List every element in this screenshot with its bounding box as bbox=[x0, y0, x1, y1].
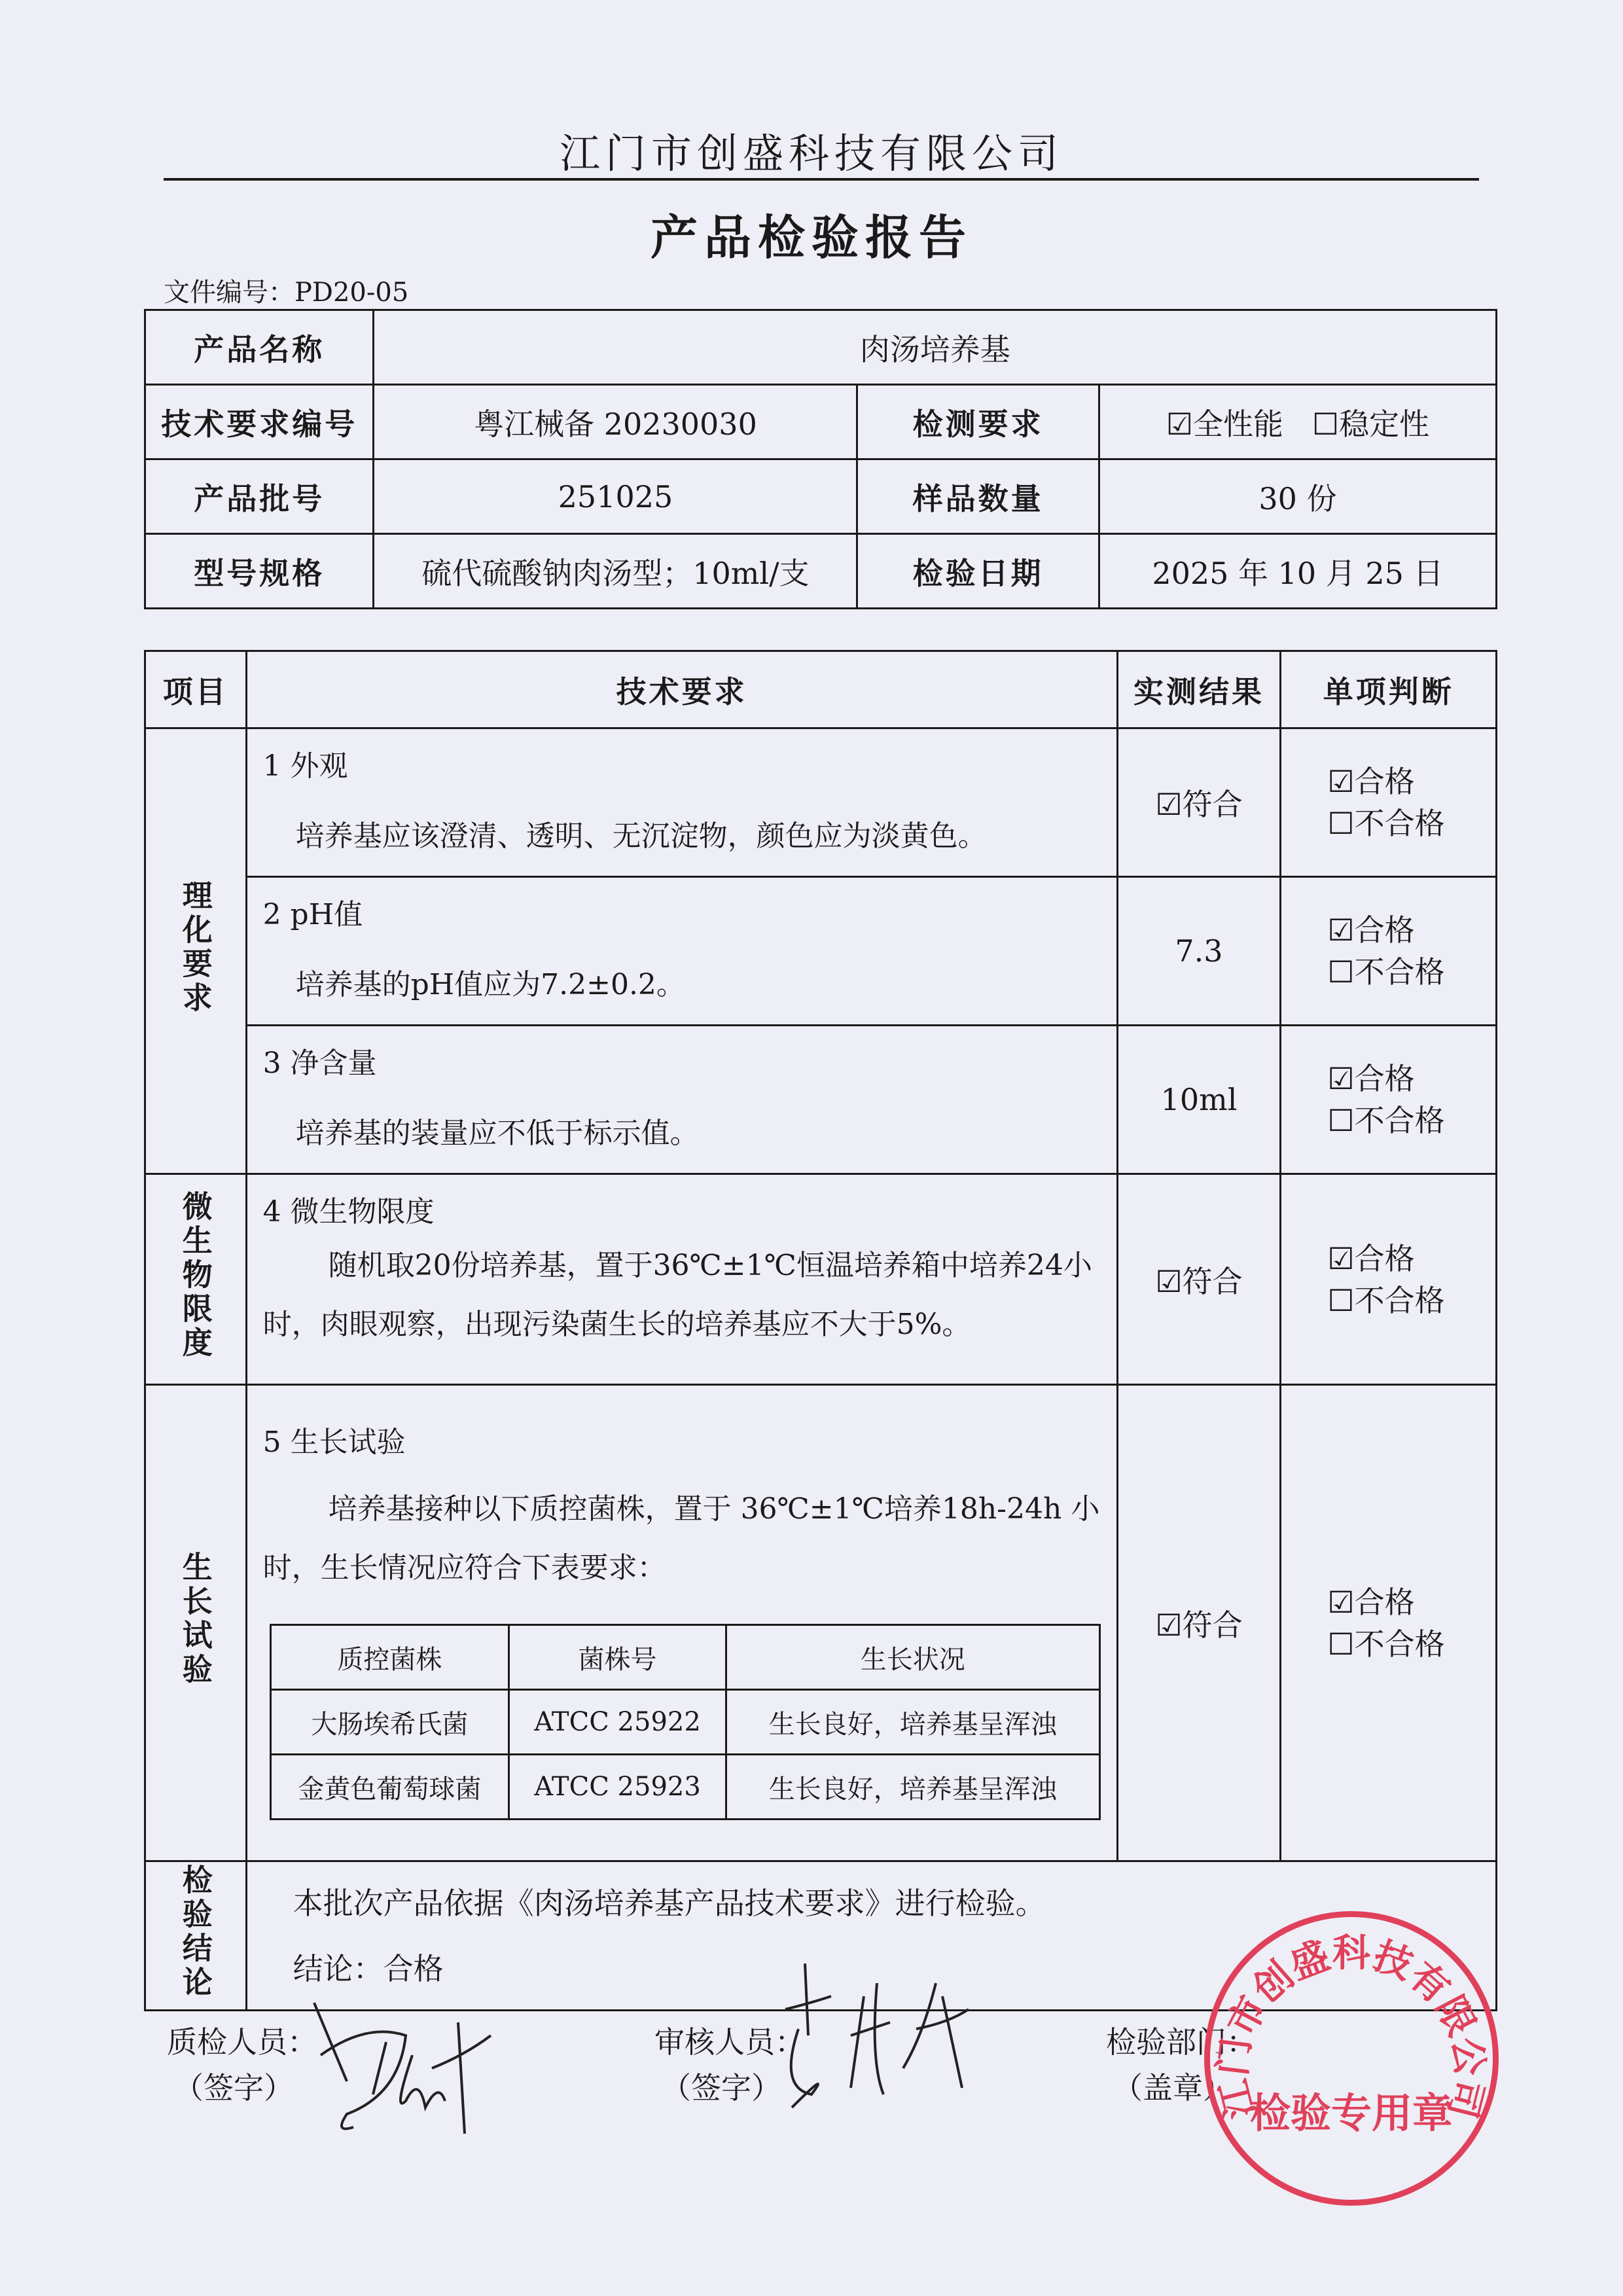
req-appearance: 1 外观培养基应该澄清、透明、无沉淀物，颜色应为淡黄色。 bbox=[246, 728, 1117, 877]
fail-checkbox[interactable]: ☐不合格 bbox=[1327, 1280, 1495, 1321]
model-label: 型号规格 bbox=[145, 534, 374, 609]
batch-value: 251025 bbox=[374, 459, 857, 534]
report-title: 产品检验报告 bbox=[0, 200, 1623, 268]
product-name-label: 产品名称 bbox=[145, 310, 374, 385]
product-info-table: 产品名称 肉汤培养基 技术要求编号 粤江械备 20230030 检测要求 ☑全性… bbox=[144, 309, 1497, 609]
stamp-ring-text: 江门市创盛科技有限公司 bbox=[1210, 1917, 1493, 2200]
sample-qty-label: 样品数量 bbox=[857, 459, 1099, 534]
judge-growth: ☑合格☐不合格 bbox=[1281, 1385, 1497, 1861]
group-physchem: 理化要求 bbox=[174, 880, 217, 1016]
inspection-stamp: 江门市创盛科技有限公司 检验专用章 bbox=[1204, 1911, 1499, 2206]
test-req-label: 检测要求 bbox=[857, 385, 1099, 459]
result-net-content: 10ml bbox=[1117, 1026, 1281, 1174]
results-table: 项目 技术要求 实测结果 单项判断 理化要求 1 外观培养基应该澄清、透明、无沉… bbox=[144, 650, 1497, 2011]
stability-checkbox[interactable]: ☐稳定性 bbox=[1312, 406, 1429, 442]
fail-checkbox[interactable]: ☐不合格 bbox=[1327, 1623, 1495, 1665]
group-conclusion: 检验结论 bbox=[174, 1864, 217, 2000]
inspector-signature-field: 质检人员：（签字） bbox=[167, 2019, 317, 2111]
fail-checkbox[interactable]: ☐不合格 bbox=[1327, 802, 1495, 844]
pass-checkbox[interactable]: ☑合格 bbox=[1327, 761, 1495, 802]
pass-checkbox[interactable]: ☑合格 bbox=[1327, 1238, 1495, 1280]
header-requirement: 技术要求 bbox=[246, 651, 1117, 728]
pass-checkbox[interactable]: ☑合格 bbox=[1327, 1058, 1495, 1100]
result-microbial: ☑符合 bbox=[1117, 1174, 1281, 1385]
header-judgement: 单项判断 bbox=[1281, 651, 1497, 728]
judge-net-content: ☑合格☐不合格 bbox=[1281, 1026, 1497, 1174]
fail-checkbox[interactable]: ☐不合格 bbox=[1327, 951, 1495, 993]
req-net-content: 3 净含量培养基的装量应不低于标示值。 bbox=[246, 1026, 1117, 1174]
judge-appearance: ☑合格☐不合格 bbox=[1281, 728, 1497, 877]
inspector-signature bbox=[308, 1983, 543, 2147]
company-name: 江门市创盛科技有限公司 bbox=[0, 121, 1623, 179]
result-ph: 7.3 bbox=[1117, 877, 1281, 1026]
full-performance-checkbox[interactable]: ☑全性能 bbox=[1166, 406, 1283, 442]
group-growth: 生长试验 bbox=[174, 1551, 217, 1687]
test-req-value: ☑全性能 ☐稳定性 bbox=[1099, 385, 1496, 459]
doc-no-label: 文件编号： bbox=[164, 278, 294, 308]
strain-no-header: 菌株号 bbox=[509, 1625, 726, 1690]
table-row: 大肠埃希氏菌 ATCC 25922 生长良好，培养基呈浑浊 bbox=[270, 1690, 1099, 1755]
strain-table: 质控菌株 菌株号 生长状况 大肠埃希氏菌 ATCC 25922 生长良好，培养基… bbox=[270, 1624, 1101, 1820]
req-ph: 2 pH值培养基的pH值应为7.2±0.2。 bbox=[246, 877, 1117, 1026]
document-number: 文件编号：PD20-05 bbox=[164, 272, 408, 309]
table-row: 金黄色葡萄球菌 ATCC 25923 生长良好，培养基呈浑浊 bbox=[270, 1755, 1099, 1820]
tech-req-no-label: 技术要求编号 bbox=[145, 385, 374, 459]
model-value: 硫代硫酸钠肉汤型；10ml/支 bbox=[374, 534, 857, 609]
test-date-value: 2025 年 10 月 25 日 bbox=[1099, 534, 1496, 609]
growth-header: 生长状况 bbox=[726, 1625, 1099, 1690]
test-date-label: 检验日期 bbox=[857, 534, 1099, 609]
req-growth: 5 生长试验 培养基接种以下质控菌株，置于 36℃±1℃培养18h-24h 小时… bbox=[246, 1385, 1117, 1861]
stamp-center-text: 检验专用章 bbox=[1210, 2081, 1493, 2139]
sample-qty-value: 30 份 bbox=[1099, 459, 1496, 534]
header-divider bbox=[164, 178, 1479, 181]
req-microbial: 4 微生物限度随机取20份培养基，置于36℃±1℃恒温培养箱中培养24小时，肉眼… bbox=[246, 1174, 1117, 1385]
result-growth: ☑符合 bbox=[1117, 1385, 1281, 1861]
result-appearance: ☑符合 bbox=[1117, 728, 1281, 877]
header-item: 项目 bbox=[145, 651, 247, 728]
pass-checkbox[interactable]: ☑合格 bbox=[1327, 1581, 1495, 1623]
judge-ph: ☑合格☐不合格 bbox=[1281, 877, 1497, 1026]
reviewer-signature bbox=[772, 1957, 1021, 2127]
header-result: 实测结果 bbox=[1117, 651, 1281, 728]
group-microbial: 微生物限度 bbox=[174, 1191, 217, 1361]
judge-microbial: ☑合格☐不合格 bbox=[1281, 1174, 1497, 1385]
tech-req-no-value: 粤江械备 20230030 bbox=[374, 385, 857, 459]
strain-header: 质控菌株 bbox=[270, 1625, 509, 1690]
batch-label: 产品批号 bbox=[145, 459, 374, 534]
doc-no-value: PD20-05 bbox=[294, 278, 408, 308]
fail-checkbox[interactable]: ☐不合格 bbox=[1327, 1100, 1495, 1141]
product-name-value: 肉汤培养基 bbox=[374, 310, 1497, 385]
pass-checkbox[interactable]: ☑合格 bbox=[1327, 909, 1495, 951]
